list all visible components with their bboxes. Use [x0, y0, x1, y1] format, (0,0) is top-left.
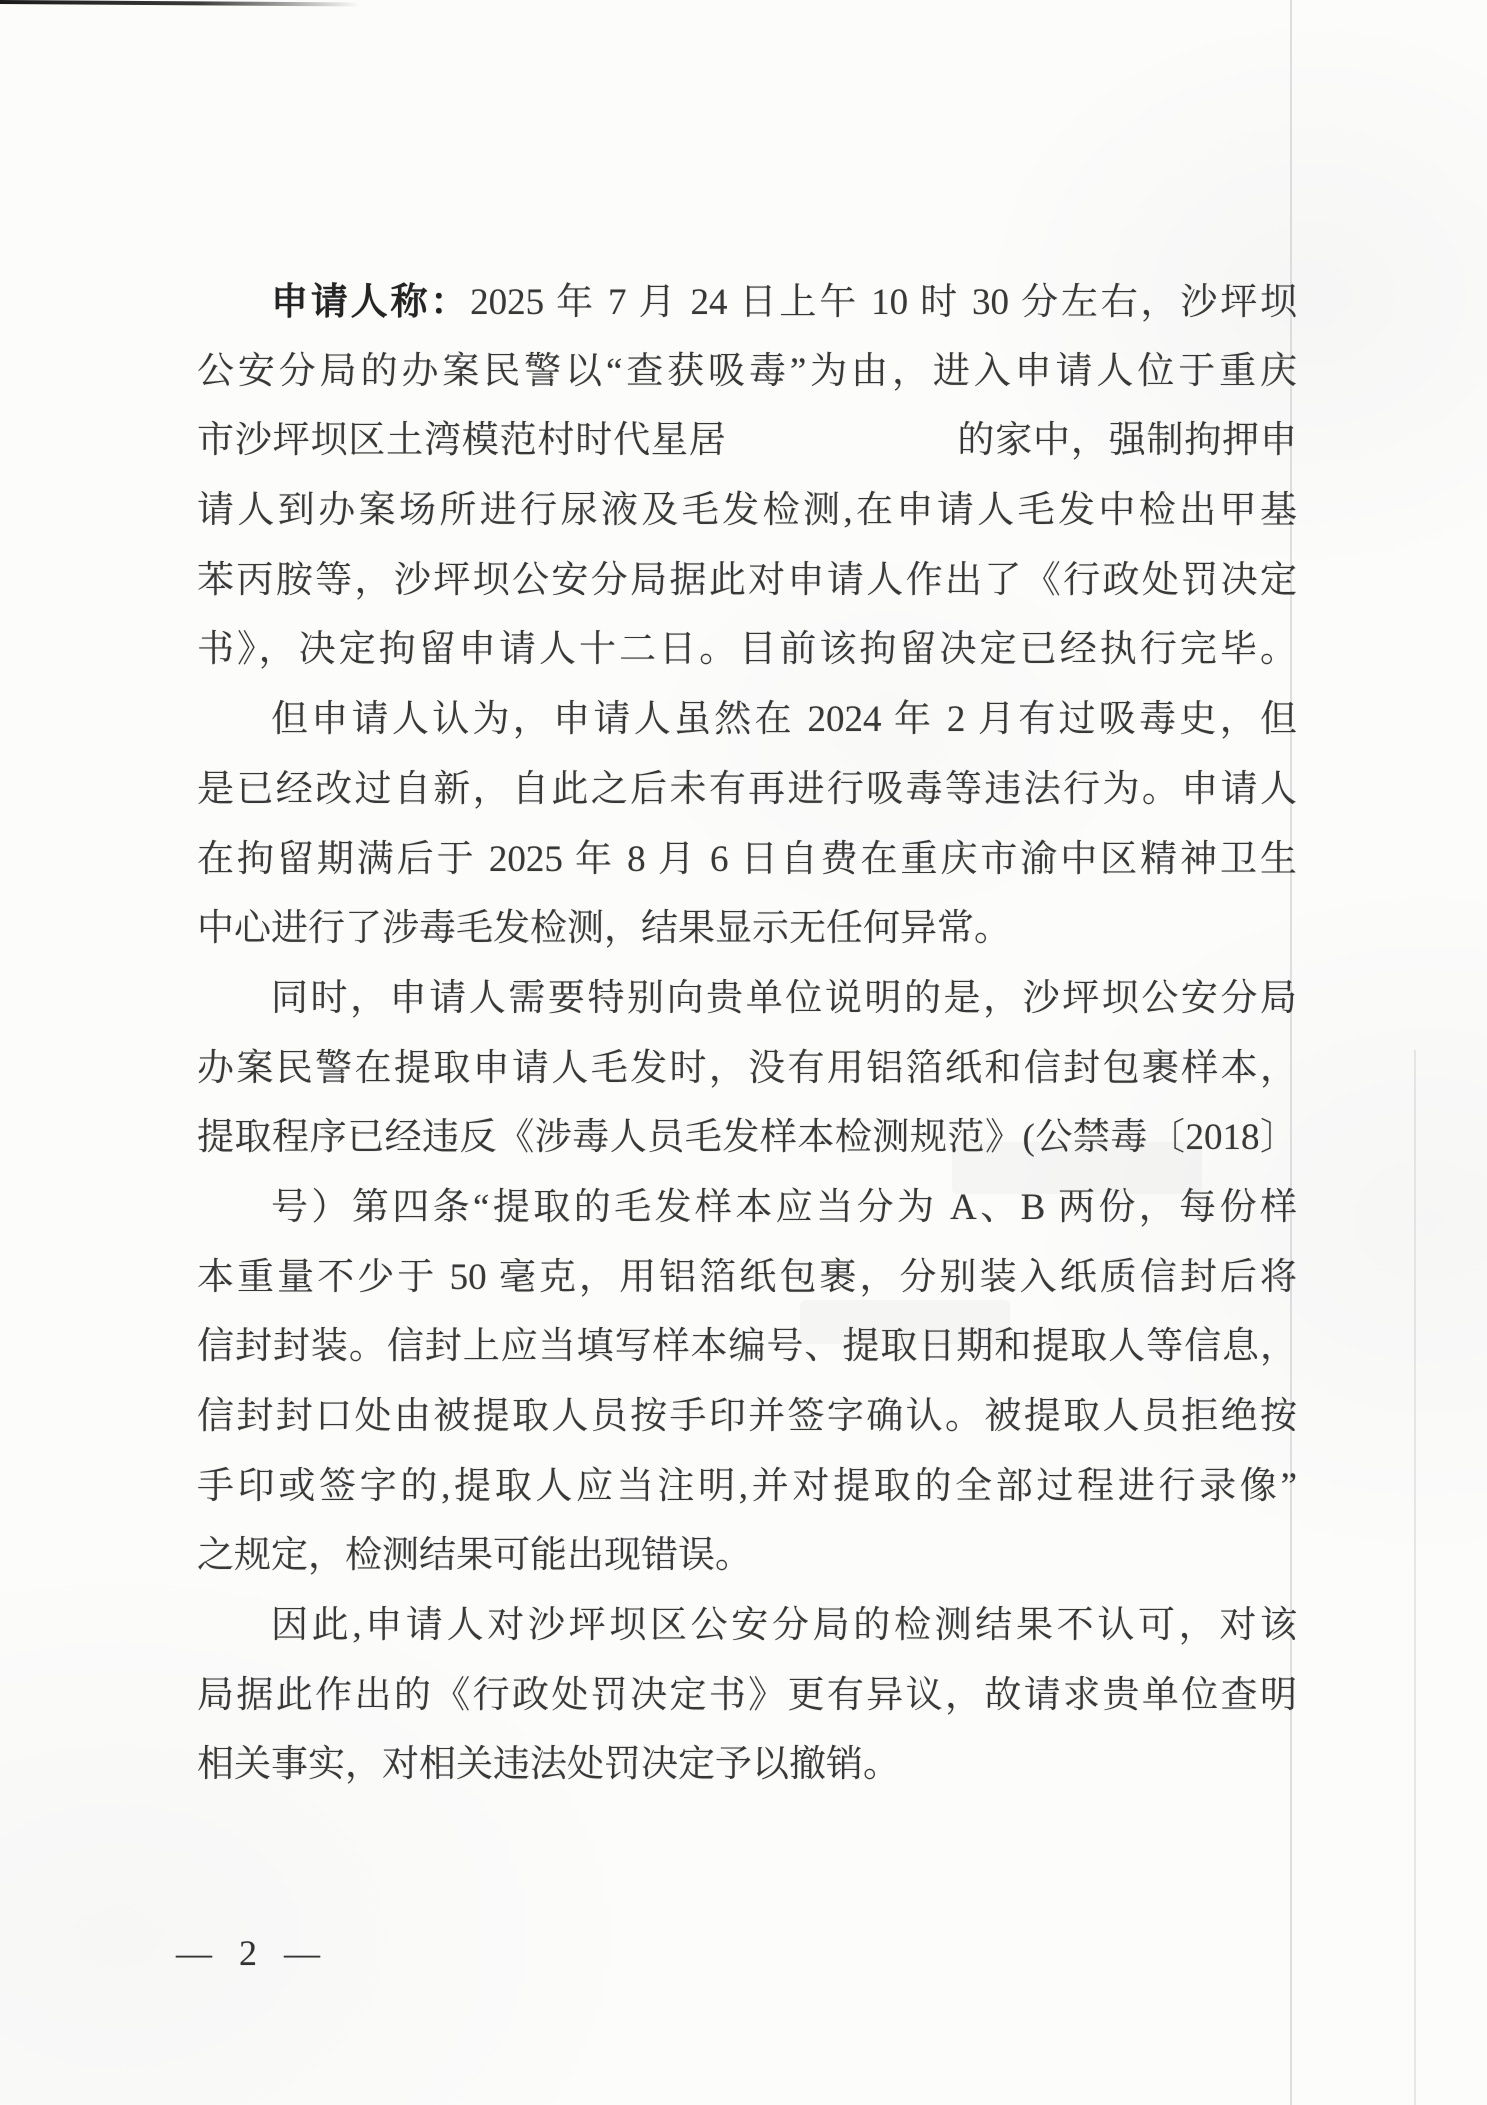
page-number: — 2 —	[176, 1932, 329, 1974]
text-run: 但申请人认为，申请人虽然在 2024 年 2 月有过吸毒史，但	[271, 699, 1297, 740]
scan-vertical-line-2	[1414, 1050, 1416, 2105]
text-run: 信封封装。信封上应当填写样本编号、提取日期和提取人等信息，	[197, 1326, 1297, 1367]
text-run: 公安分局的办案民警以“查获吸毒”为由，进入申请人位于重庆	[197, 351, 1297, 392]
text-line: 信封封口处由被提取人员按手印并签字确认。被提取人员拒绝按	[197, 1382, 1297, 1452]
text-line: 公安分局的办案民警以“查获吸毒”为由，进入申请人位于重庆	[197, 337, 1297, 407]
text-line: 办案民警在提取申请人毛发时，没有用铝箔纸和信封包裹样本，	[197, 1034, 1297, 1104]
text-run: 在拘留期满后于 2025 年 8 月 6 日自费在重庆市渝中区精神卫生	[197, 839, 1297, 880]
text-run: 苯丙胺等，沙坪坝公安分局据此对申请人作出了《行政处罚决定	[197, 560, 1297, 601]
text-run: 手印或签字的,提取人应当注明,并对提取的全部过程进行录像”	[197, 1466, 1297, 1507]
text-line: 手印或签字的,提取人应当注明,并对提取的全部过程进行录像”	[197, 1452, 1297, 1522]
text-block: 申请人称：2025 年 7 月 24 日上午 10 时 30 分左右，沙坪坝公安…	[197, 267, 1297, 1800]
text-run: 的家中，强制拘押申	[957, 420, 1297, 461]
text-run: 号）第四条“提取的毛发样本应当分为 A、B 两份，每份样	[271, 1187, 1297, 1228]
text-line: 同时，申请人需要特别向贵单位说明的是，沙坪坝公安分局	[197, 964, 1297, 1034]
text-run: 书》，决定拘留申请人十二日。目前该拘留决定已经执行完毕。	[197, 629, 1297, 670]
text-run: 本重量不少于 50 毫克，用铝箔纸包裹，分别装入纸质信封后将	[197, 1257, 1297, 1298]
text-run: 中心进行了涉毒毛发检测，结果显示无任何异常。	[197, 908, 1011, 949]
text-run: 办案民警在提取申请人毛发时，没有用铝箔纸和信封包裹样本，	[197, 1048, 1297, 1089]
text-line: 申请人称：2025 年 7 月 24 日上午 10 时 30 分左右，沙坪坝	[197, 267, 1297, 337]
document-page: 申请人称：2025 年 7 月 24 日上午 10 时 30 分左右，沙坪坝公安…	[0, 0, 1487, 2105]
text-run: 相关事实，对相关违法处罚决定予以撤销。	[197, 1744, 900, 1785]
text-line: 本重量不少于 50 毫克，用铝箔纸包裹，分别装入纸质信封后将	[197, 1243, 1297, 1313]
text-run: 2025 年 7 月 24 日上午 10 时 30 分左右，沙坪坝	[470, 282, 1297, 323]
text-line: 是已经改过自新，自此之后未有再进行吸毒等违法行为。申请人	[197, 755, 1297, 825]
text-line: 之规定，检测结果可能出现错误。	[197, 1521, 1297, 1591]
text-run: 是已经改过自新，自此之后未有再进行吸毒等违法行为。申请人	[197, 769, 1297, 810]
text-line: 在拘留期满后于 2025 年 8 月 6 日自费在重庆市渝中区精神卫生	[197, 825, 1297, 895]
text-run: 请人到办案场所进行尿液及毛发检测,在申请人毛发中检出甲基	[197, 490, 1297, 531]
scan-edge-streak	[0, 0, 360, 7]
text-line: 市沙坪坝区土湾模范村时代星居的家中，强制拘押申	[197, 406, 1297, 476]
text-line: 但申请人认为，申请人虽然在 2024 年 2 月有过吸毒史，但	[197, 685, 1297, 755]
redaction-gap	[727, 450, 957, 452]
text-line: 信封封装。信封上应当填写样本编号、提取日期和提取人等信息，	[197, 1312, 1297, 1382]
text-line: 苯丙胺等，沙坪坝公安分局据此对申请人作出了《行政处罚决定	[197, 546, 1297, 616]
text-line: 请人到办案场所进行尿液及毛发检测,在申请人毛发中检出甲基	[197, 476, 1297, 546]
text-run: 之规定，检测结果可能出现错误。	[197, 1535, 752, 1576]
text-line: 因此,申请人对沙坪坝区公安分局的检测结果不认可，对该	[197, 1591, 1297, 1661]
text-run: 同时，申请人需要特别向贵单位说明的是，沙坪坝公安分局	[271, 978, 1297, 1019]
text-line: 提取程序已经违反《涉毒人员毛发样本检测规范》(公禁毒〔2018〕	[197, 1103, 1297, 1173]
text-line: 中心进行了涉毒毛发检测，结果显示无任何异常。	[197, 894, 1297, 964]
text-line: 局据此作出的《行政处罚决定书》更有异议，故请求贵单位查明	[197, 1661, 1297, 1731]
text-run: 因此,申请人对沙坪坝区公安分局的检测结果不认可，对该	[271, 1605, 1297, 1646]
text-line: 号）第四条“提取的毛发样本应当分为 A、B 两份，每份样	[197, 1173, 1297, 1243]
text-line: 相关事实，对相关违法处罚决定予以撤销。	[197, 1730, 1297, 1800]
text-line: 书》，决定拘留申请人十二日。目前该拘留决定已经执行完毕。	[197, 615, 1297, 685]
text-run: 局据此作出的《行政处罚决定书》更有异议，故请求贵单位查明	[197, 1675, 1297, 1716]
paragraph-lead-bold: 申请人称：	[271, 281, 470, 322]
text-run: 信封封口处由被提取人员按手印并签字确认。被提取人员拒绝按	[197, 1396, 1297, 1437]
text-run: 提取程序已经违反《涉毒人员毛发样本检测规范》(公禁毒〔2018〕	[197, 1117, 1297, 1158]
text-run: 市沙坪坝区土湾模范村时代星居	[197, 420, 727, 461]
